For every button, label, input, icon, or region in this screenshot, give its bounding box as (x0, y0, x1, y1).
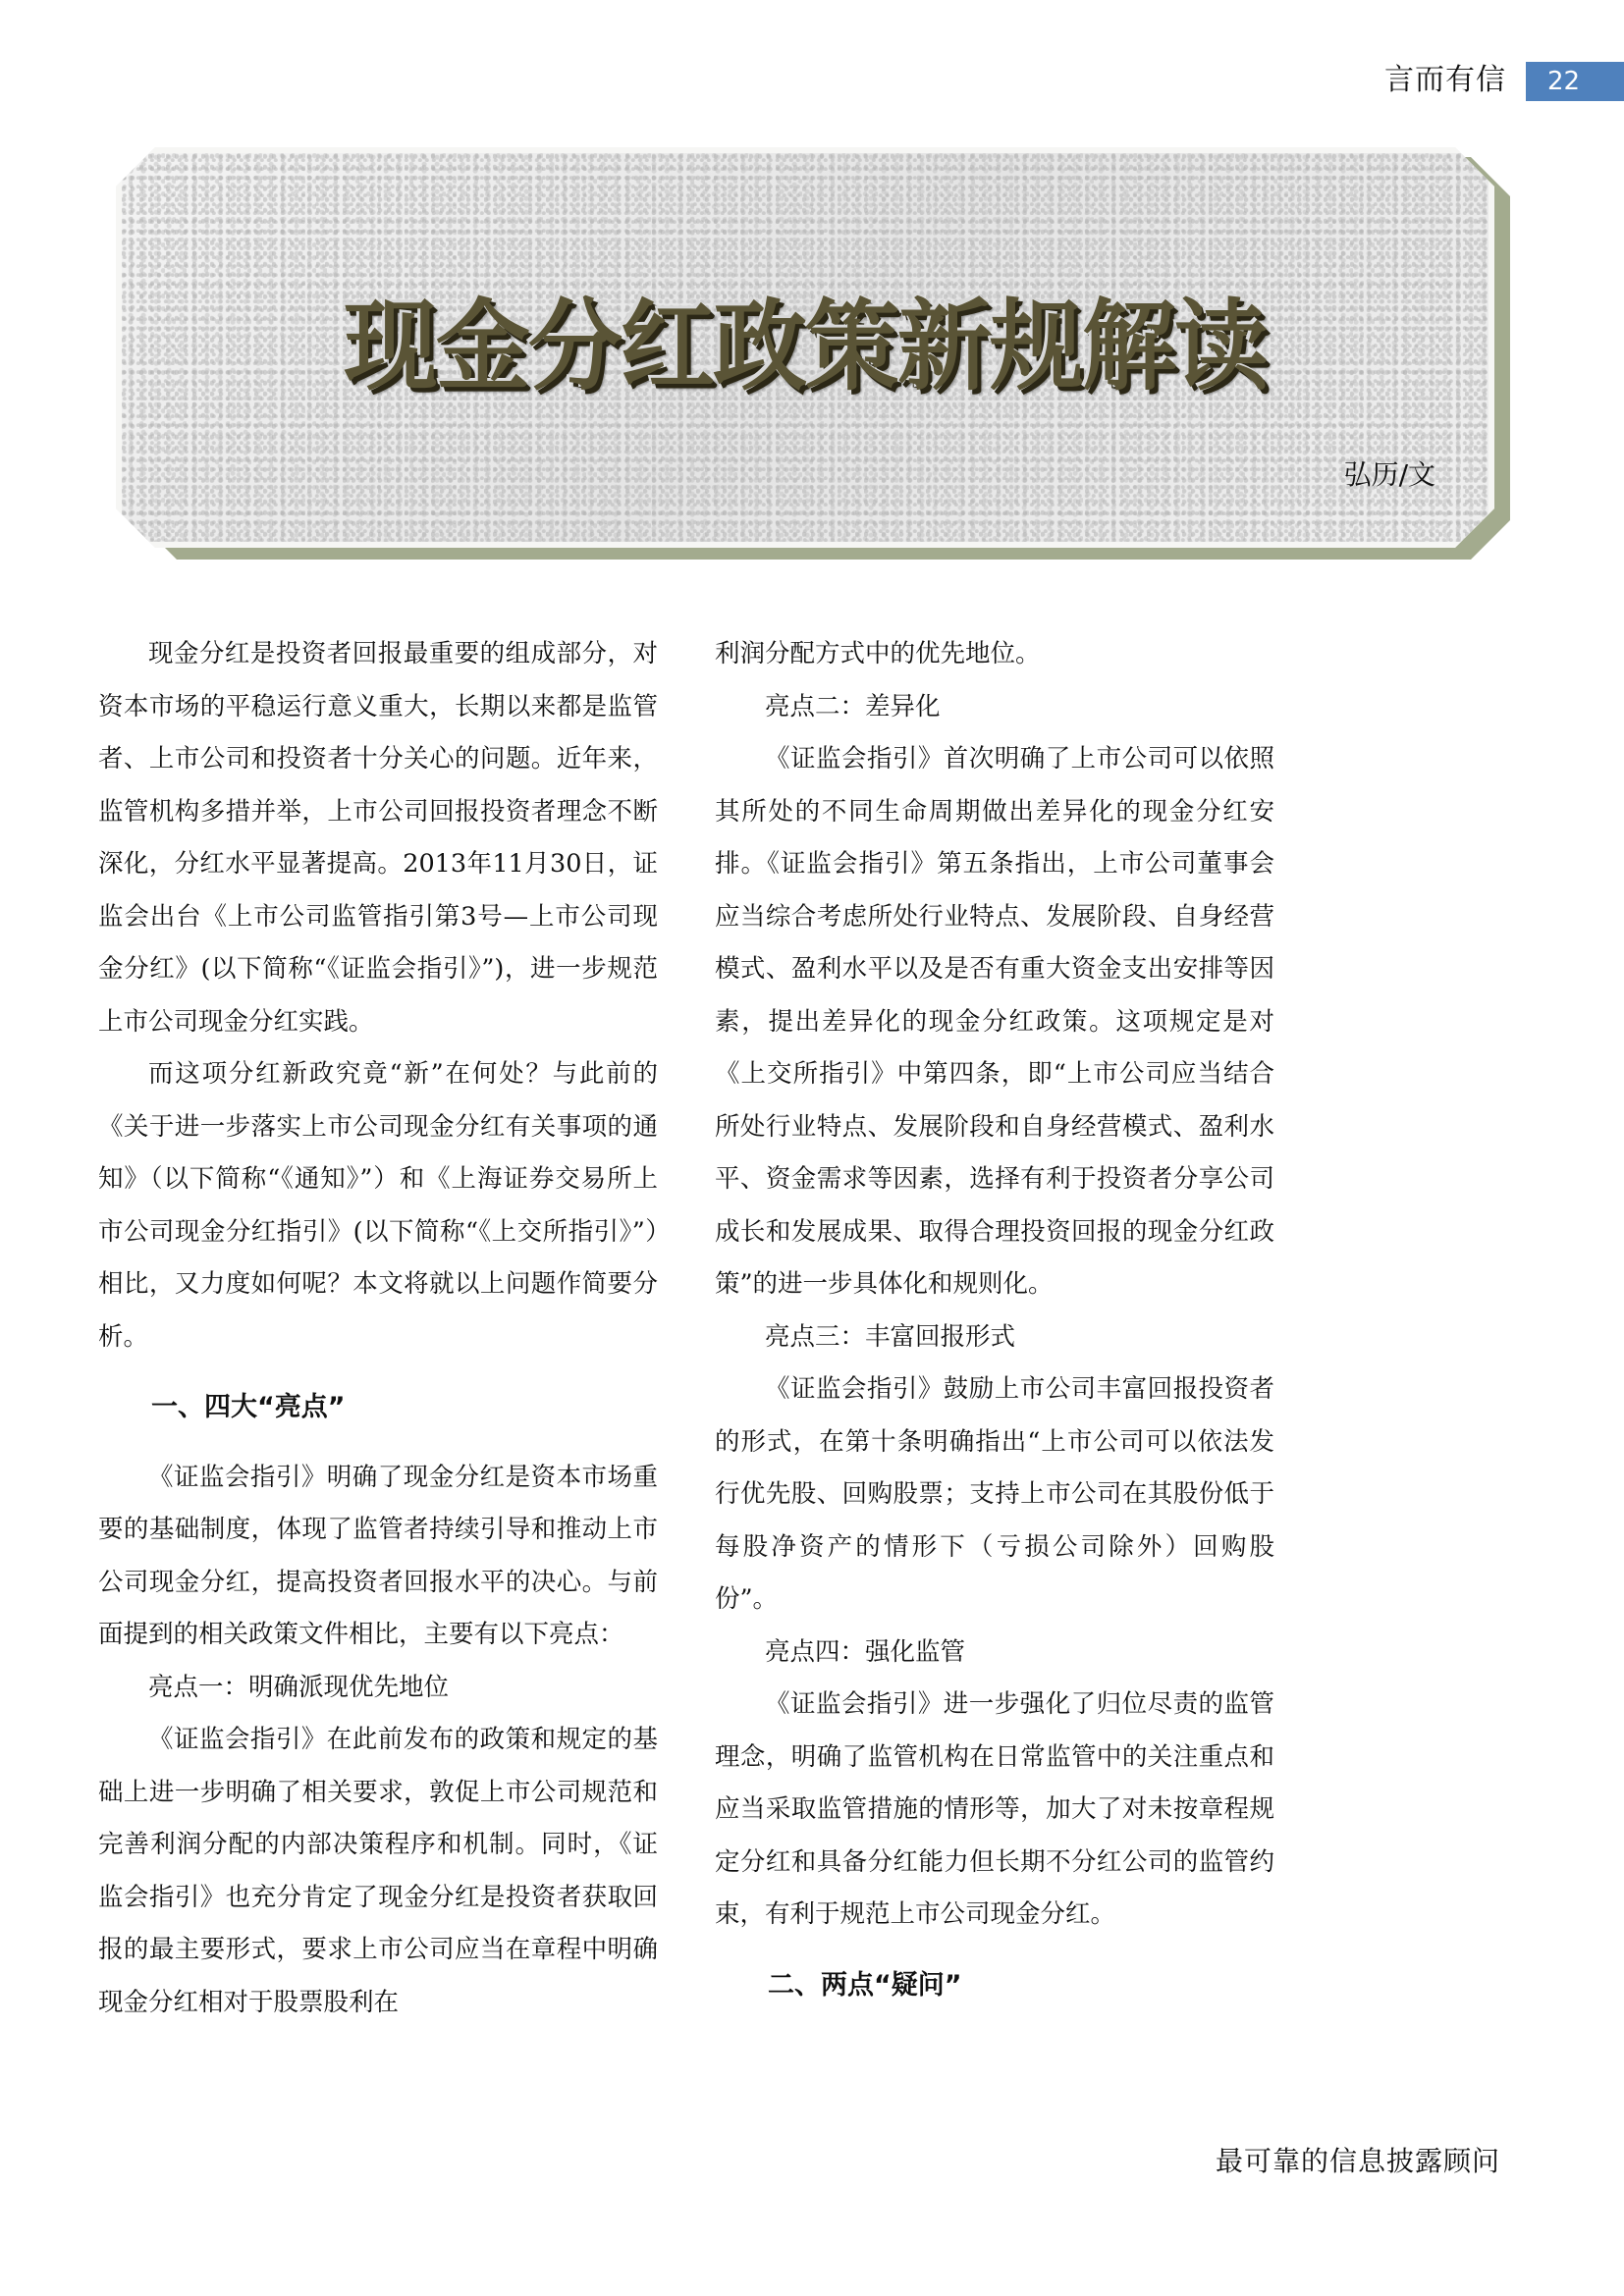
highlight-4-body: 《证监会指引》进一步强化了归位尽责的监管理念，明确了监管机构在日常监管中的关注重… (715, 1679, 1274, 1942)
intro-paragraph: 现金分红是投资者回报最重要的组成部分，对资本市场的平稳运行意义重大，长期以来都是… (98, 628, 658, 1048)
author-byline: 弘历/文 (1344, 454, 1435, 493)
highlight-1-body-continued: 利润分配方式中的优先地位。 (715, 628, 1274, 681)
column-name: 言而有信 (1384, 61, 1506, 100)
highlight-2-body: 《证监会指引》首次明确了上市公司可以依照其所处的不同生命周期做出差异化的现金分红… (715, 733, 1274, 1311)
highlight-2-title: 亮点二：差异化 (715, 681, 1274, 734)
section1-intro-paragraph: 《证监会指引》明确了现金分红是资本市场重要的基础制度，体现了监管者持续引导和推动… (98, 1452, 658, 1662)
highlight-4-title: 亮点四：强化监管 (715, 1627, 1274, 1680)
highlight-1-title: 亮点一：明确派现优先地位 (98, 1662, 658, 1715)
right-column: 利润分配方式中的优先地位。 亮点二：差异化 《证监会指引》首次明确了上市公司可以… (715, 628, 1274, 2011)
question-paragraph: 而这项分红新政究竟“新”在何处？与此前的《关于进一步落实上市公司现金分红有关事项… (98, 1048, 658, 1363)
article-title: 现金分红政策新规解读 (116, 290, 1494, 403)
section-heading-highlights: 一、四大“亮点” (98, 1381, 658, 1434)
highlight-3-body: 《证监会指引》鼓励上市公司丰富回报投资者的形式，在第十条明确指出“上市公司可以依… (715, 1363, 1274, 1627)
highlight-3-title: 亮点三：丰富回报形式 (715, 1311, 1274, 1364)
section-heading-questions: 二、两点“疑问” (715, 1959, 1274, 2012)
left-column: 现金分红是投资者回报最重要的组成部分，对资本市场的平稳运行意义重大，长期以来都是… (98, 628, 658, 2029)
page-number-badge: 22 (1526, 62, 1624, 101)
title-panel: 现金分红政策新规解读 弘历/文 (116, 147, 1510, 560)
footer-tagline: 最可靠的信息披露顾问 (1216, 2140, 1500, 2179)
highlight-1-body: 《证监会指引》在此前发布的政策和规定的基础上进一步明确了相关要求，敦促上市公司规… (98, 1714, 658, 2029)
